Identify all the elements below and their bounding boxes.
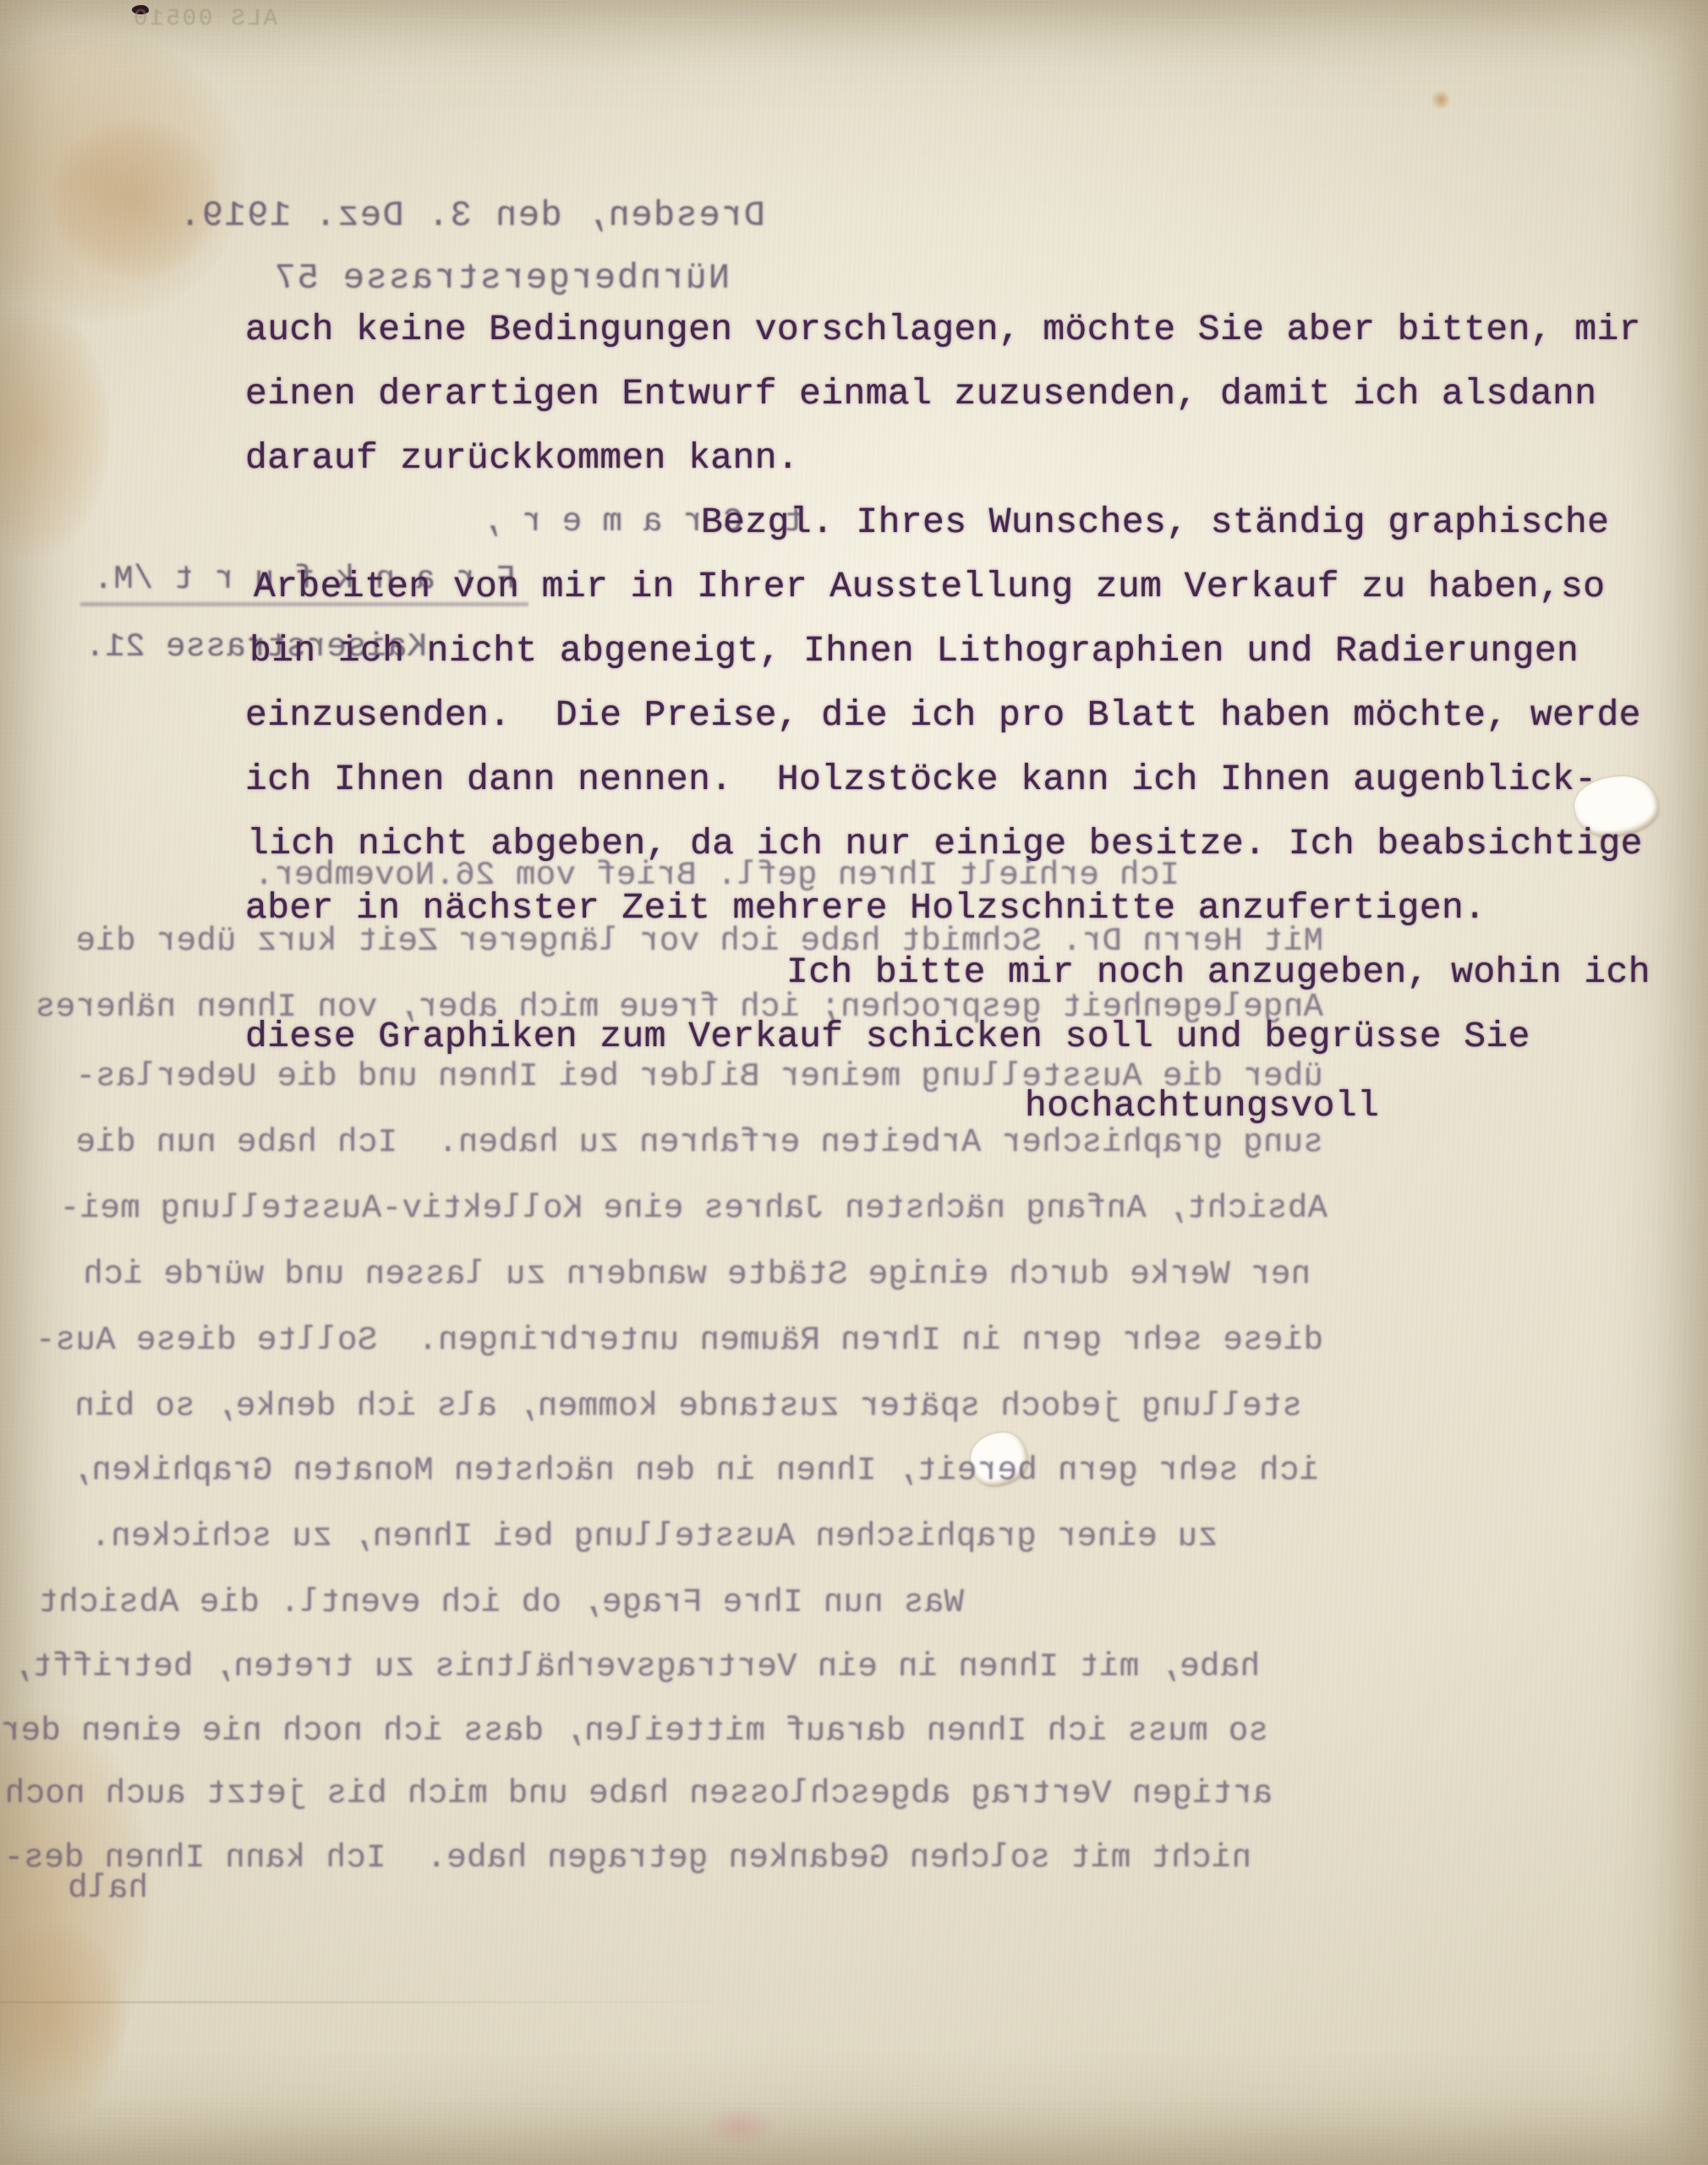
typed-line: lich nicht abgeben, da ich nur einige be… [247,824,1643,864]
typed-text-layer: auch keine Bedingungen vorschlagen, möch… [0,0,1708,2165]
typed-line: ich Ihnen dann nennen. Holzstöcke kann i… [245,759,1596,800]
typed-line: einen derartigen Entwurf einmal zuzusend… [245,374,1596,414]
typed-line: Arbeiten von mir in Ihrer Ausstellung zu… [254,567,1605,607]
typed-line: hochachtungsvoll [1025,1086,1379,1126]
typed-line: Bezgl. Ihres Wunsches, ständig graphisch… [701,502,1609,543]
typed-line: aber in nächster Zeit mehrere Holzschnit… [245,888,1486,929]
typed-line: darauf zurückkommen kann. [245,438,799,479]
typed-line: auch keine Bedingungen vorschlagen, möch… [245,310,1641,350]
typed-line: Ich bitte mir noch anzugeben, wohin ich [786,952,1651,993]
typed-line: bin ich nicht abgeneigt, Ihnen Lithograp… [249,631,1579,671]
typed-line: einzusenden. Die Preise, die ich pro Bla… [245,695,1641,736]
typed-line: diese Graphiken zum Verkauf schicken sol… [245,1017,1530,1057]
letter-scan-page: ALS 00510 Dresden, den 3. Dez. 1919.Nürn… [0,0,1708,2165]
